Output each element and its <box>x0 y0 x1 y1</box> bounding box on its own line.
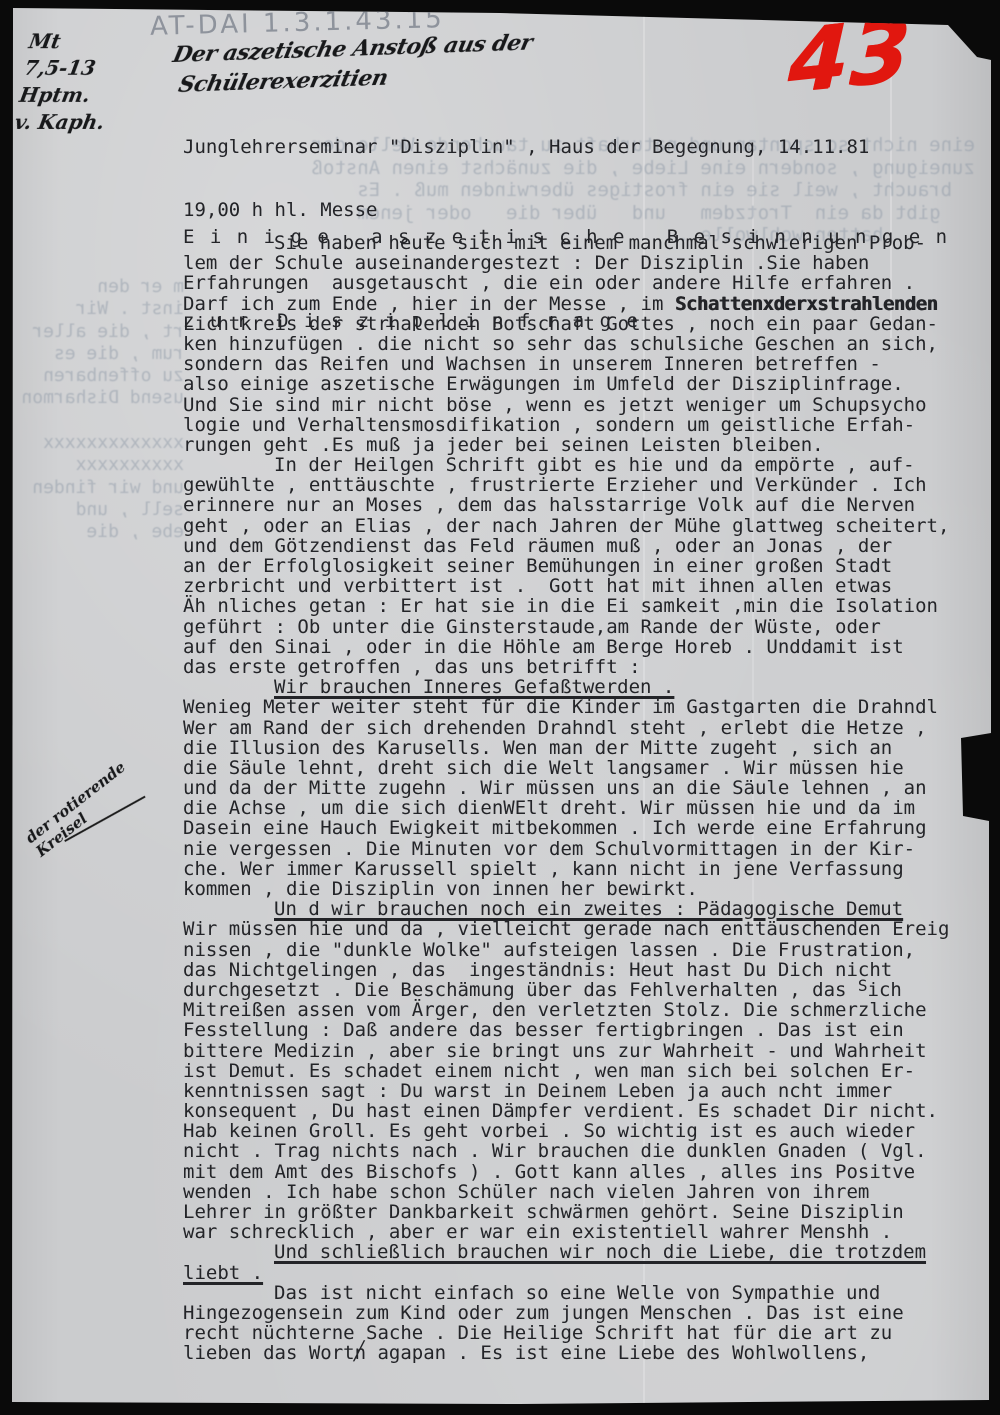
typed-line: zerbricht und verbittert ist . Gott hat … <box>183 576 949 596</box>
typed-line-text: Wir brauchen Inneres Gefaßtwerden . <box>274 676 674 698</box>
typed-line-text: war schrecklich , aber er war ein existe… <box>183 1221 892 1243</box>
bleedthrough-line: inst . Wir <box>4 298 184 320</box>
typed-line: Fesstellung : Daß andere das besser fert… <box>183 1020 949 1040</box>
typed-line-text: Sie haben heute sich mit einem manchmal … <box>274 232 926 254</box>
typed-line: nissen , die "dunkle Wolke" aufsteigen l… <box>183 940 949 960</box>
typed-line-text: nicht . Trag nichts nach . Wir brauchen … <box>183 1140 927 1162</box>
typed-line: Sie haben heute sich mit einem manchmal … <box>183 233 949 253</box>
typed-line-text: Hingezogensein zum Kind oder zum jungen … <box>183 1302 904 1324</box>
typed-line: also einige aszetische Erwägungen im Umf… <box>183 374 949 394</box>
margin-notes: Mt 7,5-13 Hptm. v. Kaph. <box>12 28 120 136</box>
typed-line-text: durchgesetzt . Die Beschämung über das F… <box>183 979 902 1001</box>
typed-line: wenden . Ich habe schon Schüler nach vie… <box>183 1182 949 1202</box>
typed-line-text: ist Demut. Es schadet einem nicht , wen … <box>183 1060 915 1082</box>
typed-line-text: Dasein eine Hauch Ewigkeit mitbekommen .… <box>183 817 927 839</box>
bleedthrough-line: zu offenbaren <box>4 365 184 387</box>
typed-line-text: Erfahrungen ausgetauscht , die ein oder … <box>183 272 915 294</box>
typed-line-text: ken hinzufügen . die nicht so sehr das s… <box>183 333 938 355</box>
typed-line: sondern das Reifen und Wachsen in unsere… <box>183 354 949 374</box>
typed-line-text: Mitreißen assen vom Ärger, den verletzte… <box>183 999 927 1021</box>
typed-line-text: geführt : Ob unter die Ginsterstaude,am … <box>183 616 881 638</box>
typed-line: geführt : Ob unter die Ginsterstaude,am … <box>183 617 949 637</box>
typed-line: gewühlte , enttäuschte , frustrierte Erz… <box>183 475 949 495</box>
typed-line-text: Darf ich zum Ende , hier in der Messe , … <box>183 293 937 315</box>
typed-line: liebt . <box>183 1263 949 1283</box>
typed-line: konsequent , Du hast einen Dämpfer verdi… <box>183 1101 949 1121</box>
typed-line-text: die Säule lehnt, dreht sich die Welt lan… <box>183 757 904 779</box>
typed-line: Lehrer in größter Dankbarkeit schwärmen … <box>183 1202 949 1222</box>
typed-line-text: das Nichtgelingen , das ingeständnis: He… <box>183 959 892 981</box>
typed-line-text: die Illusion des Karusells. Wen man der … <box>183 737 892 759</box>
typed-line-text: gewühlte , enttäuschte , frustrierte Erz… <box>183 474 927 496</box>
typed-line-text: Und Sie sind mir nicht böse , wenn es je… <box>183 394 927 416</box>
typed-line: auf den Sinai , oder in die Höhle am Ber… <box>183 637 949 657</box>
typed-line-text: die Achse , um die sich dienWElt dreht. … <box>183 797 915 819</box>
typed-line-text: nissen , die "dunkle Wolke" aufsteigen l… <box>183 939 915 961</box>
typed-segment: agapan . Es ist eine Liebe des Wohlwolle… <box>366 1342 869 1364</box>
typed-line-text: Hab keinen Groll. Es geht vorbei . So wi… <box>183 1120 915 1142</box>
typed-line: erinnere nur an Moses , dem das halsstar… <box>183 495 949 515</box>
typed-line-text: rungen geht .Es muß ja jeder bei seinen … <box>183 434 824 456</box>
bleedthrough-line: rum , die es <box>4 343 184 365</box>
margin-note-line: Hptm. <box>17 82 111 109</box>
typed-line: Und schließlich brauchen wir noch die Li… <box>183 1242 949 1262</box>
typed-line: ken hinzufügen . die nicht so sehr das s… <box>183 334 949 354</box>
typed-line-text: lieben das Wortn agapan . Es ist eine Li… <box>183 1342 869 1364</box>
typed-line: und da der Mitte zugehn . Wir müssen uns… <box>183 778 949 798</box>
xover-segment: Schattenxderxstrahlenden <box>675 293 938 315</box>
typed-body: Sie haben heute sich mit einem manchmal … <box>183 233 949 1364</box>
typed-line: Äh nliches getan : Er hat sie in die Ei … <box>183 596 949 616</box>
typed-line-text: mit dem Amt des Bischofs ) . Gott kann a… <box>183 1161 915 1183</box>
scanned-document: eine nicht so spontan und naturhaft zu t… <box>0 0 1000 1415</box>
typed-line-text: und dem Götzendienst das Feld räumen muß… <box>183 535 892 557</box>
typed-line: Und Sie sind mir nicht böse , wenn es je… <box>183 395 949 415</box>
typed-line: das Nichtgelingen , das ingeständnis: He… <box>183 960 949 980</box>
typed-line-text: auf den Sinai , oder in die Höhle am Ber… <box>183 636 904 658</box>
bleedthrough-line: ebe , die <box>4 521 184 543</box>
typed-line: logie und Verhaltensmosdifikation , sond… <box>183 415 949 435</box>
typed-line-text: wenden . Ich habe schon Schüler nach vie… <box>183 1181 869 1203</box>
handwritten-title: Der aszetische Anstoß aus der Schülerexe… <box>164 27 535 100</box>
typed-line: Mitreißen assen vom Ärger, den verletzte… <box>183 1000 949 1020</box>
typed-line-text: Wenieg Meter weiter steht für die Kinder… <box>183 696 938 718</box>
typed-line: die Illusion des Karusells. Wen man der … <box>183 738 949 758</box>
typed-line-text: logie und Verhaltensmosdifikation , sond… <box>183 414 915 436</box>
typed-line: Wenieg Meter weiter steht für die Kinder… <box>183 697 949 717</box>
typed-line-text: Äh nliches getan : Er hat sie in die Ei … <box>183 595 938 617</box>
typed-line-text: nie vergessen . Die Minuten vor dem Schu… <box>183 838 915 860</box>
typed-line: durchgesetzt . Die Beschämung über das F… <box>183 980 949 1000</box>
typed-line: che. Wer immer Karussell spielt , kann n… <box>183 859 949 879</box>
typed-line: das erste getroffen , das uns betrifft : <box>183 657 949 677</box>
typed-line: Wer am Rand der sich drehenden Drahndl s… <box>183 718 949 738</box>
bleedthrough-line: sell , und <box>4 499 184 521</box>
typed-line-text: das erste getroffen , das uns betrifft : <box>183 656 641 678</box>
typed-line: lieben das Wortn agapan . Es ist eine Li… <box>183 1343 949 1363</box>
typed-segment: lieben das Wort <box>183 1342 355 1364</box>
typed-line: bittere Medizin , aber sie bringt uns zu… <box>183 1041 949 1061</box>
bleedthrough-line: xxxxxxxxxxxxx <box>4 432 184 454</box>
typed-line: Dasein eine Hauch Ewigkeit mitbekommen .… <box>183 818 949 838</box>
slash-segment: n <box>355 1343 366 1363</box>
typed-line-text: che. Wer immer Karussell spielt , kann n… <box>183 858 904 880</box>
typed-line: Hingezogensein zum Kind oder zum jungen … <box>183 1303 949 1323</box>
typed-segment: durchgesetzt . Die Beschämung über das F… <box>183 979 858 1001</box>
diagonal-margin-note: der rotierende Kreisel <box>23 759 143 865</box>
typed-line: ist Demut. Es schadet einem nicht , wen … <box>183 1061 949 1081</box>
typed-line: Lichtkreis der strhalenden Botschaft Got… <box>183 314 949 334</box>
margin-note-line: v. Kaph. <box>12 109 106 136</box>
typed-line-text: Fesstellung : Daß andere das besser fert… <box>183 1019 904 1041</box>
typed-line-text: geht , oder an Elias , der nach Jahren d… <box>183 515 949 537</box>
bleedthrough-text-left: m er deninst . Wirrt , die allerrum , di… <box>4 276 184 544</box>
typed-line: mit dem Amt des Bischofs ) . Gott kann a… <box>183 1162 949 1182</box>
typed-line: war schrecklich , aber er war ein existe… <box>183 1222 949 1242</box>
typed-line: lem der Schule auseinandergestezt : Der … <box>183 253 949 273</box>
typed-line-text: kommen , die Disziplin von innen her bew… <box>183 878 698 900</box>
typed-line: kommen , die Disziplin von innen her bew… <box>183 879 949 899</box>
bleedthrough-line: und wir finden <box>4 477 184 499</box>
typed-line-text: zerbricht und verbittert ist . Gott hat … <box>183 575 892 597</box>
typed-line: Erfahrungen ausgetauscht , die ein oder … <box>183 273 949 293</box>
typed-line: und dem Götzendienst das Feld räumen muß… <box>183 536 949 556</box>
sup-segment: S <box>858 976 868 995</box>
bleedthrough-line: xxxxxxxxxx <box>4 454 184 476</box>
typed-line-text: und da der Mitte zugehn . Wir müssen uns… <box>183 777 927 799</box>
bleedthrough-line: usend Disharmon <box>4 387 184 409</box>
typed-line-text: Lehrer in größter Dankbarkeit schwärmen … <box>183 1201 904 1223</box>
typed-line: Wir müssen hie und da , vielleicht gerad… <box>183 919 949 939</box>
bleedthrough-line <box>4 410 184 432</box>
typed-line: Un d wir brauchen noch ein zweites : Päd… <box>183 899 949 919</box>
header-line1: Junglehrerseminar "Disziplin" , Haus der… <box>183 137 869 158</box>
typed-line-text: Wer am Rand der sich drehenden Drahndl s… <box>183 717 927 739</box>
typed-line-text: recht nüchterne Sache . Die Heilige Schr… <box>183 1322 892 1344</box>
paper-sheet: eine nicht so spontan und naturhaft zu t… <box>0 0 1000 1415</box>
typed-line-text: Wir müssen hie und da , vielleicht gerad… <box>183 918 949 940</box>
typed-line: Wir brauchen Inneres Gefaßtwerden . <box>183 677 949 697</box>
margin-note-line: Mt <box>27 28 121 55</box>
typed-line-text: Das ist nicht einfach so eine Welle von … <box>274 1282 880 1304</box>
typed-line-text: konsequent , Du hast einen Dämpfer verdi… <box>183 1100 938 1122</box>
typed-line: kenntnissen sagt : Du warst in Deinem Le… <box>183 1081 949 1101</box>
typed-line-text: an der Erfolglosigkeit seiner Bemühungen… <box>183 555 892 577</box>
typed-line-text: Und schließlich brauchen wir noch die Li… <box>274 1241 926 1263</box>
typed-line: an der Erfolglosigkeit seiner Bemühungen… <box>183 556 949 576</box>
typed-line-text: lem der Schule auseinandergestezt : Der … <box>183 252 869 274</box>
typed-segment: ich <box>868 979 902 1001</box>
typed-line: recht nüchterne Sache . Die Heilige Schr… <box>183 1323 949 1343</box>
typed-line-text: liebt . <box>183 1262 263 1284</box>
typed-line-text: In der Heilgen Schrift gibt es hie und d… <box>274 454 915 476</box>
typed-line-text: also einige aszetische Erwägungen im Umf… <box>183 373 904 395</box>
typed-line-text: bittere Medizin , aber sie bringt uns zu… <box>183 1040 927 1062</box>
typed-line-text: erinnere nur an Moses , dem das halsstar… <box>183 494 915 516</box>
typed-line-text: Un d wir brauchen noch ein zweites : Päd… <box>274 898 903 920</box>
typed-line: nie vergessen . Die Minuten vor dem Schu… <box>183 839 949 859</box>
typed-line-text: sondern das Reifen und Wachsen in unsere… <box>183 353 881 375</box>
typed-line: In der Heilgen Schrift gibt es hie und d… <box>183 455 949 475</box>
bleedthrough-line: rt , die aller <box>4 321 184 343</box>
margin-note-line: 7,5-13 <box>22 55 116 82</box>
typed-line: die Säule lehnt, dreht sich die Welt lan… <box>183 758 949 778</box>
typed-line: rungen geht .Es muß ja jeder bei seinen … <box>183 435 949 455</box>
bleedthrough-line: m er den <box>4 276 184 298</box>
typed-line-text: kenntnissen sagt : Du warst in Deinem Le… <box>183 1080 892 1102</box>
typed-line: die Achse , um die sich dienWElt dreht. … <box>183 798 949 818</box>
typed-line: geht , oder an Elias , der nach Jahren d… <box>183 516 949 536</box>
typed-line: Darf ich zum Ende , hier in der Messe , … <box>183 294 949 314</box>
typed-line-text: Lichtkreis der strhalenden Botschaft Got… <box>183 313 938 335</box>
typed-line: Das ist nicht einfach so eine Welle von … <box>183 1283 949 1303</box>
typed-segment: Darf ich zum Ende , hier in der Messe , … <box>183 293 675 315</box>
typed-line: nicht . Trag nichts nach . Wir brauchen … <box>183 1141 949 1161</box>
typed-line: Hab keinen Groll. Es geht vorbei . So wi… <box>183 1121 949 1141</box>
